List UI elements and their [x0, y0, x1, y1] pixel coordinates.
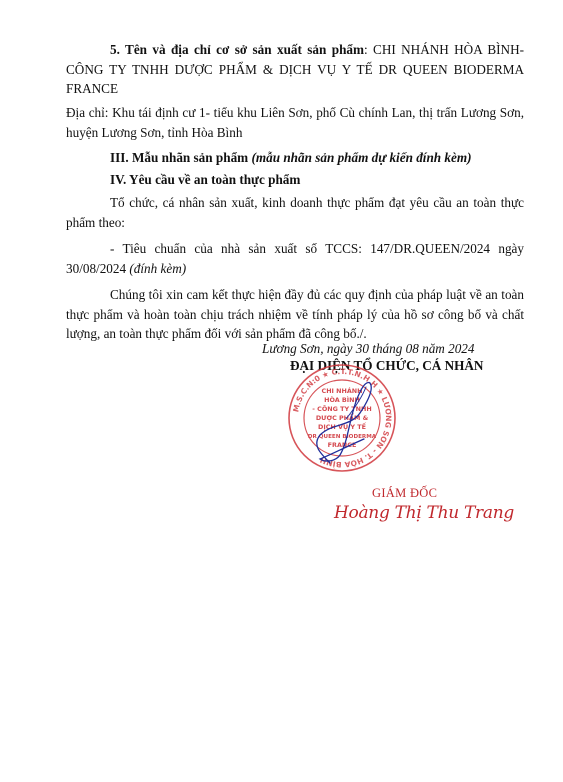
section-4-standard: - Tiêu chuẩn của nhà sản xuất số TCCS: 1…: [66, 239, 524, 278]
commitment-paragraph: Chúng tôi xin cam kết thực hiện đầy đủ c…: [66, 285, 524, 344]
director-position: GIÁM ĐỐC: [372, 486, 437, 501]
section-5-label: 5. Tên và địa chỉ cơ sở sản xuất sản phẩ…: [110, 42, 364, 57]
section-3-note: (mẫu nhãn sản phẩm dự kiến đính kèm): [251, 150, 471, 165]
section-5-colon: :: [364, 42, 373, 57]
section-4-intro: Tổ chức, cá nhân sản xuất, kinh doanh th…: [66, 193, 524, 232]
document-page: 5. Tên và địa chỉ cơ sở sản xuất sản phẩ…: [0, 0, 563, 782]
section-3-heading: III. Mẫu nhãn sản phẩm: [110, 150, 251, 165]
place-and-date: Lương Sơn, ngày 30 tháng 08 năm 2024: [262, 341, 475, 357]
section-5-manufacturer: 5. Tên và địa chỉ cơ sở sản xuất sản phẩ…: [66, 40, 524, 99]
address-paragraph: Địa chỉ: Khu tái định cư 1- tiểu khu Liê…: [66, 103, 524, 142]
handwritten-signature-icon: [290, 375, 400, 465]
section-4-heading: IV. Yêu cầu về an toàn thực phẩm: [66, 170, 524, 190]
section-3-label-sample: III. Mẫu nhãn sản phẩm (mẫu nhãn sản phẩ…: [66, 148, 524, 168]
standard-attachment-note: (đính kèm): [129, 261, 186, 276]
director-name: Hoàng Thị Thu Trang: [334, 503, 514, 523]
